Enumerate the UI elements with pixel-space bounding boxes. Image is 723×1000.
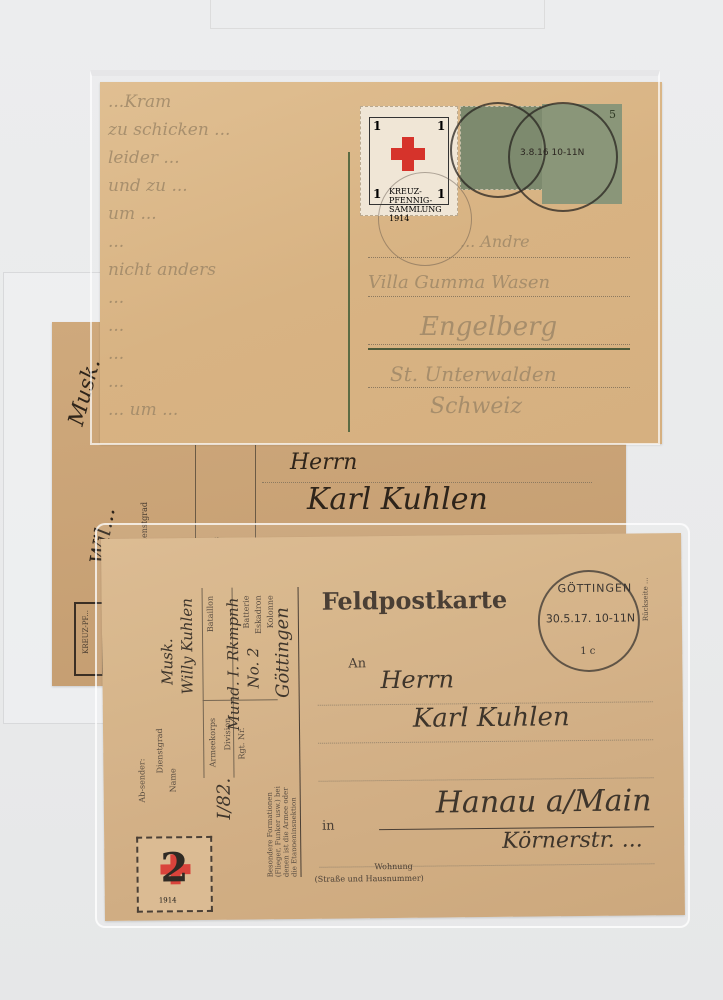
middle-address-herrn: Herrn — [290, 450, 357, 475]
protective-sleeve-top — [90, 70, 660, 445]
album-page-faint-frame — [210, 0, 545, 29]
protective-sleeve-bottom — [95, 523, 690, 928]
middle-address-name: Karl Kuhlen — [307, 482, 488, 517]
